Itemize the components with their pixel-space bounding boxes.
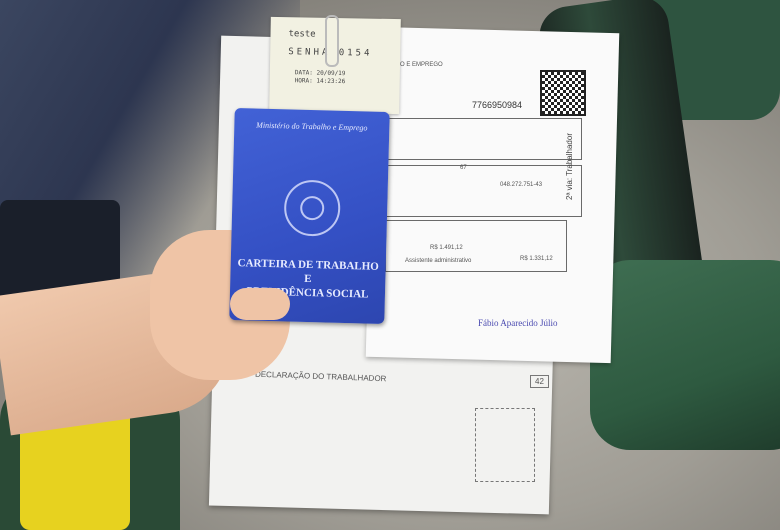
form-box [385, 220, 567, 272]
ticket-line: teste [288, 29, 315, 39]
qr-code [540, 70, 586, 116]
form-field: Assistente administrativo [405, 258, 471, 264]
form-number: 7766950984 [472, 100, 522, 110]
form-header: O E EMPREGO [400, 62, 443, 68]
ministry-label: Ministério do Trabalho e Emprego [234, 120, 389, 133]
paper-clip [325, 15, 339, 67]
form-box [385, 118, 582, 160]
form-field: 67 [460, 165, 467, 171]
form-field: 048.272.751-43 [500, 182, 542, 188]
signature: Fábio Aparecido Júlio [478, 318, 558, 328]
thumbprint-box [475, 408, 535, 482]
form-box [385, 165, 582, 217]
ticket-date: DATA: 20/09/19 [295, 69, 346, 77]
ticket-time: HORA: 14:23:26 [295, 77, 346, 85]
coat-of-arms-icon [283, 179, 340, 236]
vertical-label: 2ª via: Trabalhador [565, 133, 574, 200]
chair-seat [590, 260, 780, 450]
form-field: R$ 1.331,12 [520, 256, 553, 262]
thumb [230, 288, 290, 320]
months-box: 42 [530, 375, 549, 388]
form-field: R$ 1.491,12 [430, 245, 463, 251]
